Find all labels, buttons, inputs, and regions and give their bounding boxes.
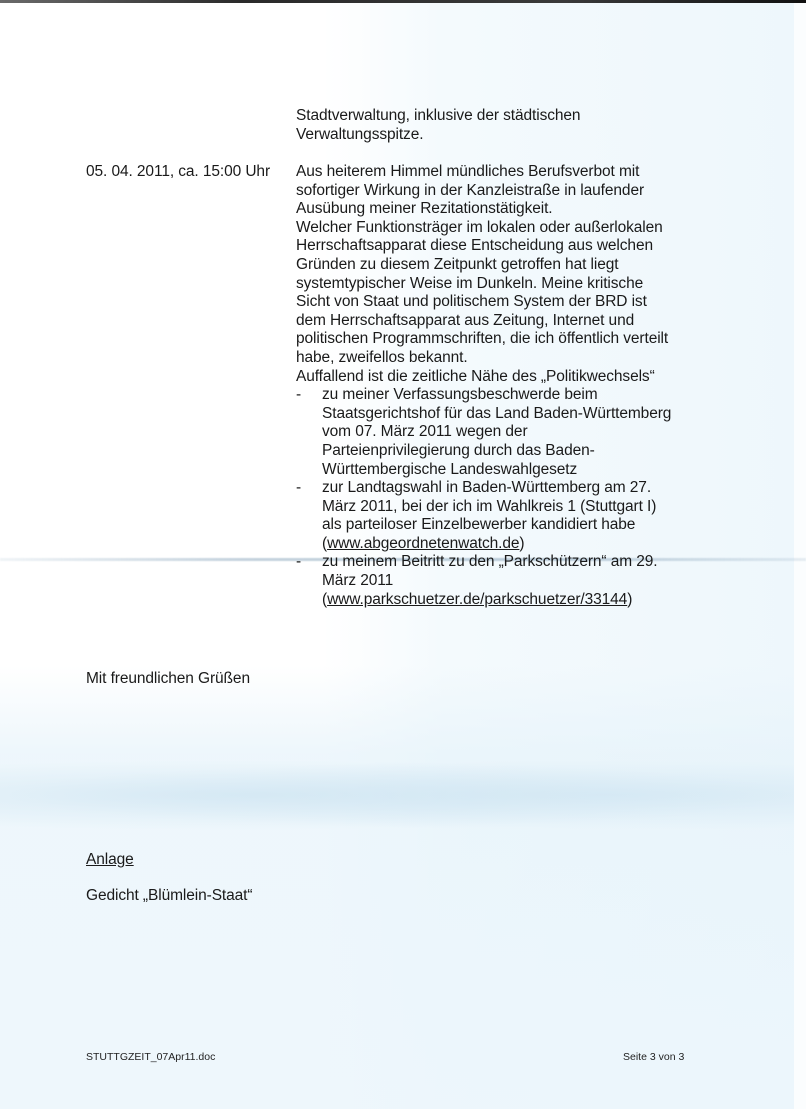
parkschuetzer-link[interactable]: www.parkschuetzer.de/parkschuetzer/33144 — [327, 591, 627, 608]
closing-salutation: Mit freundlichen Grüßen — [86, 670, 250, 689]
dash-bullet: - — [296, 479, 301, 498]
intro-text: Stadtverwaltung, inklusive der städtisch… — [296, 107, 580, 144]
bullet-line: vom 07. März 2011 wegen der — [322, 423, 528, 442]
bullet-line: als parteiloser Einzelbewerber kandidier… — [322, 516, 635, 535]
abgeordnetenwatch-link[interactable]: www.abgeordnetenwatch.de — [327, 535, 519, 552]
paragraph-line: Aus heiterem Himmel mündliches Berufsver… — [296, 163, 668, 182]
paragraph-line: systemtypischer Weise im Dunkeln. Meine … — [296, 275, 668, 294]
bullet-line: Staatsgerichtshof für das Land Baden-Wür… — [322, 405, 671, 424]
bullet-line: zu meiner Verfassungsbeschwerde beim — [322, 386, 598, 405]
scan-top-edge — [0, 0, 806, 3]
bullet-link-line: (www.parkschuetzer.de/parkschuetzer/3314… — [322, 591, 632, 610]
bullet-line: zur Landtagswahl in Baden-Württemberg am… — [322, 479, 651, 498]
bullet-item: - zur Landtagswahl in Baden-Württemberg … — [296, 479, 668, 553]
footer-filename: STUTTGZEIT_07Apr11.doc — [86, 1051, 215, 1063]
bullet-item: - zu meiner Verfassungsbeschwerde beim S… — [296, 386, 668, 479]
entry-date: 05. 04. 2011, ca. 15:00 Uhr — [86, 163, 270, 182]
paragraph-line: sofortiger Wirkung in der Kanzleistraße … — [296, 182, 668, 201]
paragraph-line: Welcher Funktionsträger im lokalen oder … — [296, 219, 668, 238]
page-right-margin — [794, 0, 806, 1109]
paragraph-line: Sicht von Staat und politischem System d… — [296, 293, 668, 312]
dash-bullet: - — [296, 386, 301, 405]
scan-tint — [0, 760, 806, 830]
dash-bullet: - — [296, 553, 301, 572]
paragraph-line: Ausübung meiner Rezitationstätigkeit. — [296, 200, 668, 219]
bullet-line: Parteienprivilegierung durch das Baden- — [322, 442, 595, 461]
paragraph-line: politischen Programmschriften, die ich ö… — [296, 330, 668, 349]
attachment-item: Gedicht „Blümlein-Staat“ — [86, 887, 252, 906]
paragraph-line: habe, zweifellos bekannt. — [296, 349, 668, 368]
bullet-line: März 2011, bei der ich im Wahlkreis 1 (S… — [322, 498, 656, 517]
bullet-line: zu meinem Beitritt zu den „Parkschützern… — [322, 553, 657, 572]
intro-line: Stadtverwaltung, inklusive der städtisch… — [296, 107, 580, 126]
intro-line: Verwaltungsspitze. — [296, 126, 580, 145]
paragraph-line: dem Herrschaftsapparat aus Zeitung, Inte… — [296, 312, 668, 331]
paragraph-line: Gründen zu diesem Zeitpunkt getroffen ha… — [296, 256, 668, 275]
bullet-line: Württembergische Landeswahlgesetz — [322, 461, 577, 480]
paragraph-line: Auffallend ist die zeitliche Nähe des „P… — [296, 368, 668, 387]
bullet-link-line: (www.abgeordnetenwatch.de) — [322, 535, 524, 554]
footer-page-number: Seite 3 von 3 — [623, 1051, 684, 1063]
entry-paragraph: Aus heiterem Himmel mündliches Berufsver… — [296, 163, 668, 609]
paragraph-line: Herrschaftsapparat diese Entscheidung au… — [296, 237, 668, 256]
bullet-item: - zu meinem Beitritt zu den „Parkschütze… — [296, 553, 668, 609]
attachment-heading: Anlage — [86, 851, 134, 870]
bullet-line: März 2011 — [322, 572, 393, 591]
